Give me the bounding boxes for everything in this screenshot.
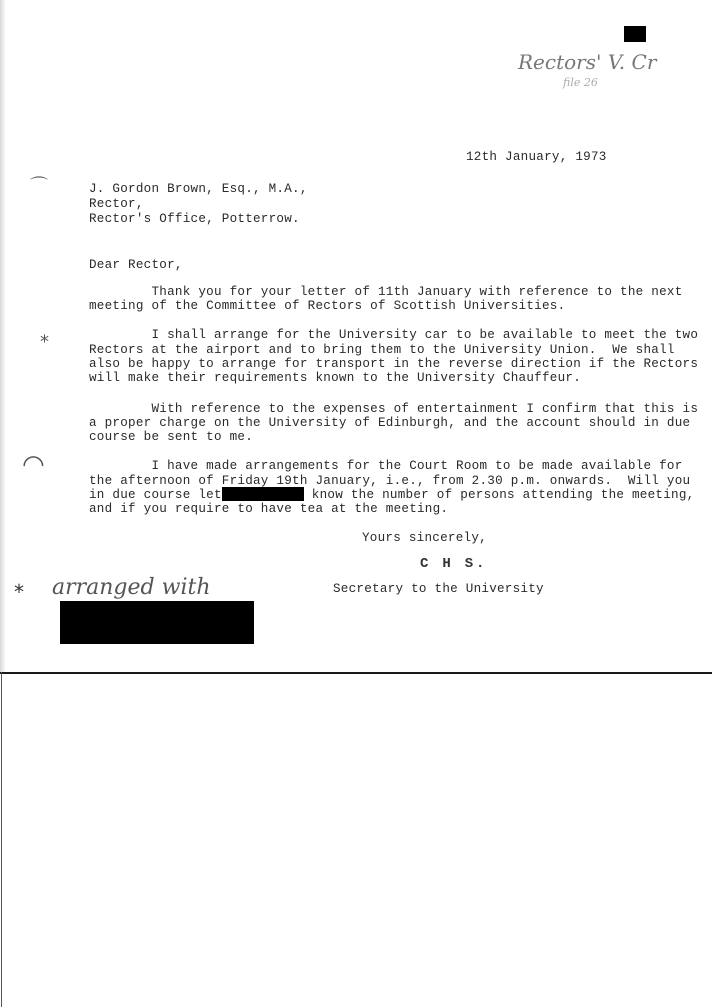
page-divider — [0, 672, 712, 674]
paragraph-1-line-1: Thank you for your letter of 11th Januar… — [89, 285, 683, 299]
redaction-box-inline — [222, 487, 304, 501]
paragraph-4-line-2: the afternoon of Friday 19th January, i.… — [89, 474, 690, 488]
paragraph-4-line-4: and if you require to have tea at the me… — [89, 502, 448, 516]
paragraph-4-line-1: I have made arrangements for the Court R… — [89, 459, 683, 473]
paragraph-4-line-3a: in due course let — [89, 488, 230, 502]
handwritten-file-subnote: file 26 — [563, 76, 598, 89]
arc-mark-icon: ◠ — [22, 450, 45, 480]
paragraph-4-line-3b: know the number of persons attending the… — [304, 488, 694, 502]
signatory-title: Secretary to the University — [333, 582, 544, 596]
page-edge-line — [1, 672, 2, 1007]
recipient-line-1: J. Gordon Brown, Esq., M.A., — [89, 182, 308, 196]
paragraph-2-line-4: will make their requirements known to th… — [89, 371, 581, 385]
recipient-line-2: Rector, — [89, 197, 144, 211]
paragraph-3-line-3: course be sent to me. — [89, 430, 253, 444]
asterisk-mark: * — [14, 580, 24, 604]
handwritten-note: arranged with — [52, 575, 211, 600]
paragraph-2-line-2: Rectors at the airport and to bring them… — [89, 343, 675, 357]
paragraph-1-line-2: meeting of the Committee of Rectors of S… — [89, 299, 565, 313]
paragraph-2-line-1: I shall arrange for the University car t… — [89, 328, 698, 342]
signature-initials: C H S. — [420, 557, 487, 571]
paragraph-2-line-3: also be happy to arrange for transport i… — [89, 357, 698, 371]
letter-date: 12th January, 1973 — [466, 150, 607, 164]
caret-mark-icon: ⌒ — [30, 172, 48, 198]
redaction-box-top — [624, 26, 646, 42]
paragraph-3-line-1: With reference to the expenses of entert… — [89, 402, 698, 416]
scan-edge — [0, 0, 6, 672]
handwritten-file-note: Rectors' V. Cr — [518, 50, 656, 74]
paragraph-3-line-2: a proper charge on the University of Edi… — [89, 416, 690, 430]
salutation: Dear Rector, — [89, 258, 183, 272]
closing: Yours sincerely, — [362, 531, 487, 545]
cross-mark-icon: ⁎ — [40, 326, 49, 347]
recipient-line-3: Rector's Office, Potterrow. — [89, 212, 300, 226]
redaction-box-large — [60, 601, 254, 644]
